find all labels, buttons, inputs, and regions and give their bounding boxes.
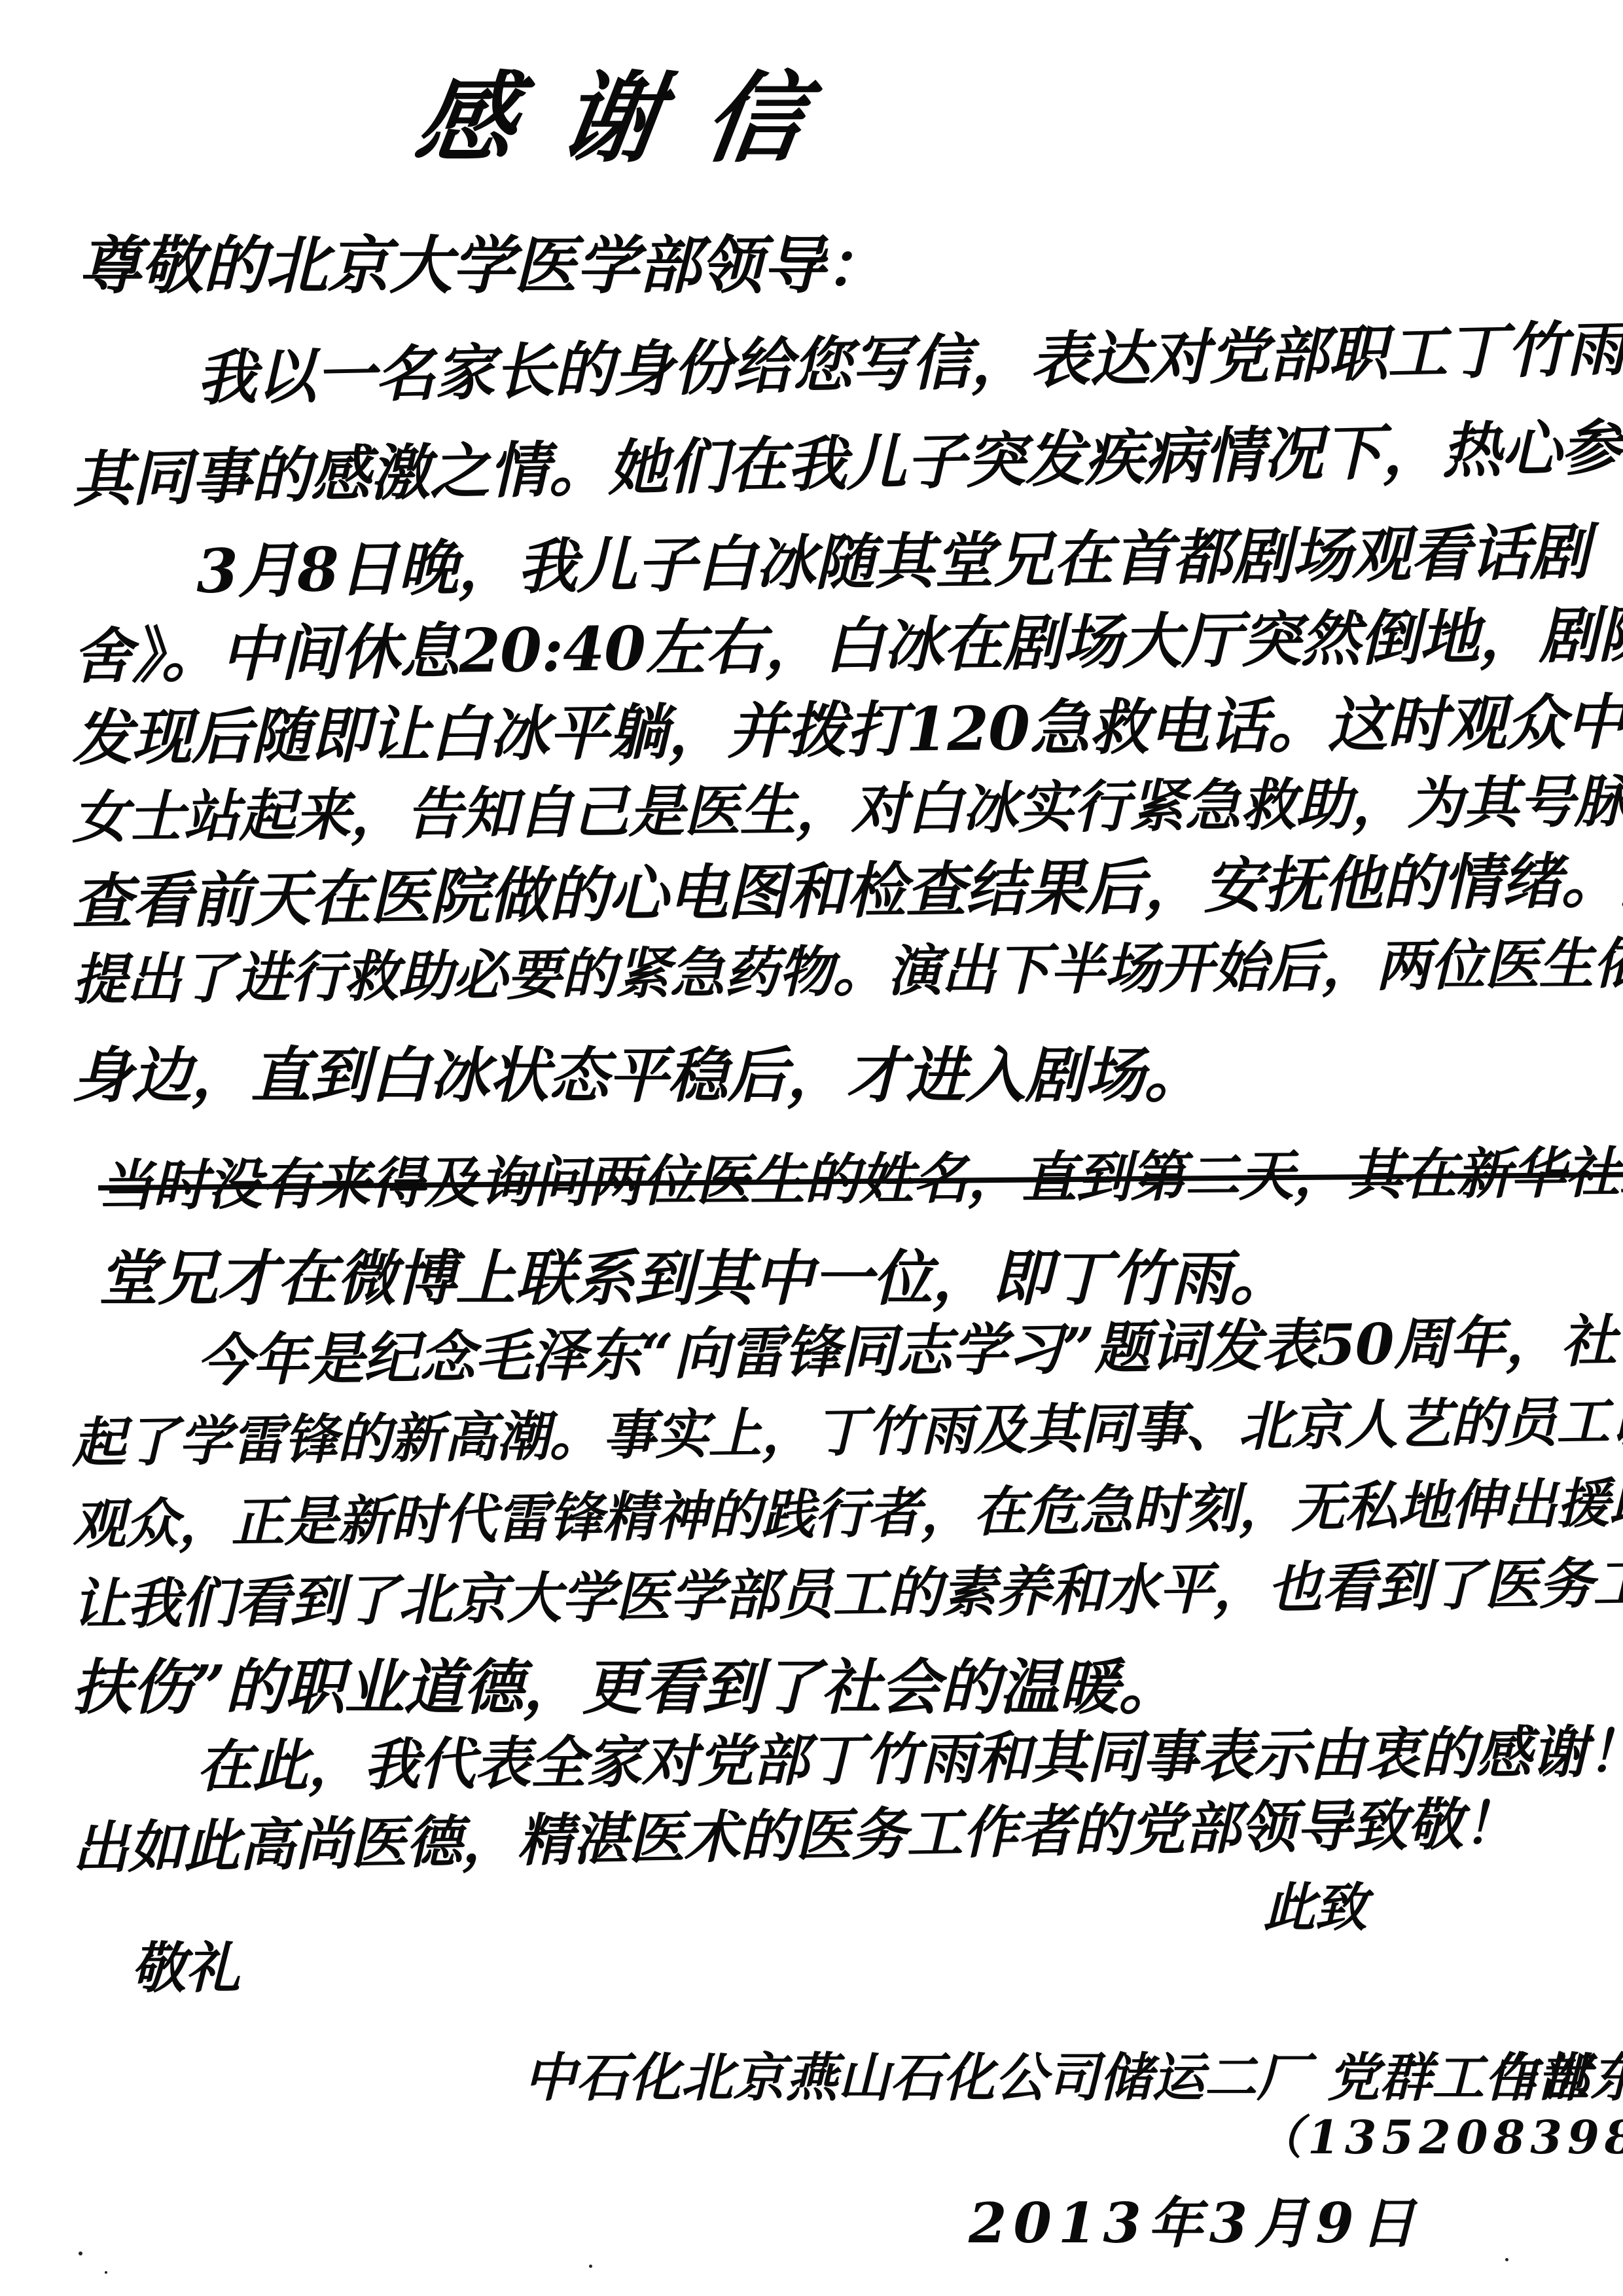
letter-title: 感谢信 xyxy=(409,39,861,181)
signature-phone: （13520839855） xyxy=(1257,2101,1623,2167)
body-line-1: 我以一名家长的身份给您写信，表达对党部职工丁竹雨和 xyxy=(196,299,1623,417)
scan-speck xyxy=(589,2265,592,2268)
letter-page: 感谢信 尊敬的北京大学医学部领导： 我以一名家长的身份给您写信，表达对党部职工丁… xyxy=(0,0,1623,2296)
closing-jing-li: 敬礼 xyxy=(131,1924,240,2003)
signature-date: 2013年3月9日 xyxy=(969,2179,1422,2259)
closing-ci-zhi: 此致 xyxy=(1263,1865,1366,1941)
scan-speck xyxy=(105,2271,107,2274)
signature-name: 白世东 xyxy=(1486,2036,1623,2111)
salutation: 尊敬的北京大学医学部领导： xyxy=(79,216,887,306)
signature-organization: 中石化北京燕山石化公司储运二厂 党群工作部 xyxy=(524,2036,1589,2111)
scan-speck xyxy=(1505,2258,1508,2261)
scan-speck xyxy=(79,2251,82,2255)
struck-body-line: 当时没有来得及询问两位医生的姓名，直到第二天，其在新华社工作的 xyxy=(98,1128,1623,1221)
body-line-9: 身边，直到白冰状态平稳后，才进入剧场。 xyxy=(72,1028,1204,1114)
